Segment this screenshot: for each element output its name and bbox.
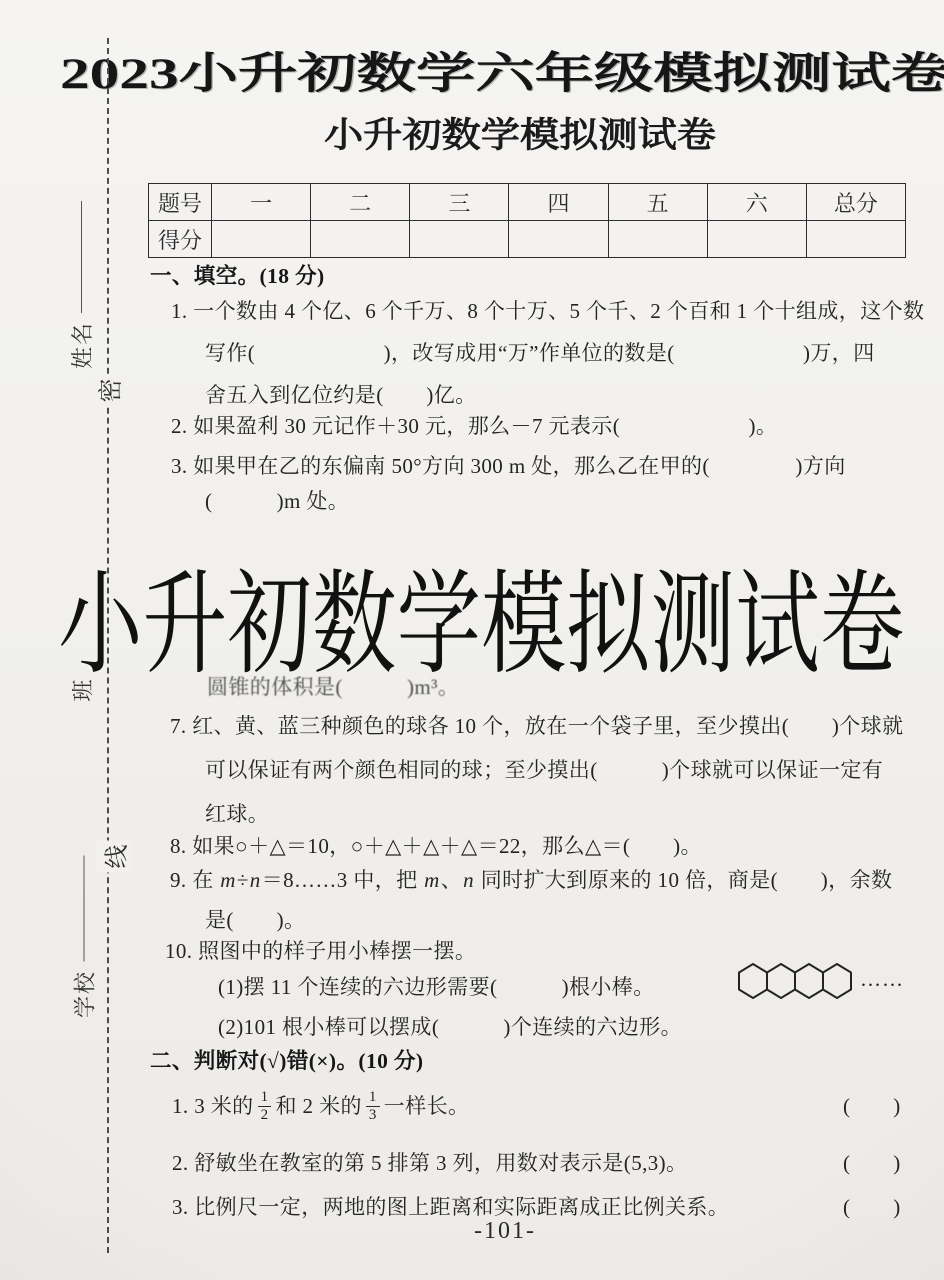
score-table-empty-cell <box>707 221 806 258</box>
score-table-empty-cell <box>608 221 707 258</box>
name-field-label: 姓名 <box>66 321 97 369</box>
judge-2-answer-blank: ( ) <box>843 1149 901 1177</box>
question-3-line-1: 3. 如果甲在乙的东偏南 50°方向 300 m 处，那么乙在甲的( )方向 <box>171 452 846 480</box>
score-table-header-row: 题号 一 二 三 四 五 六 总分 <box>149 184 906 221</box>
score-table-row-label: 得分 <box>149 221 212 258</box>
judge-1-text: 1. 3 米的 <box>172 1092 254 1120</box>
judge-1-text: 一样长。 <box>384 1092 470 1120</box>
score-table-cell: 二 <box>311 184 410 221</box>
question-9-text: ＝8……3 中，把 <box>262 868 424 892</box>
variable-n: n <box>462 868 475 892</box>
question-10-sub-1: (1)摆 11 个连续的六边形需要( )根小棒。 <box>218 973 655 1001</box>
seal-char-xian: 线 <box>96 841 133 873</box>
fraction-denominator: 2 <box>258 1107 272 1124</box>
fraction-denominator: 3 <box>366 1107 380 1124</box>
question-9-text: 、 <box>441 868 462 892</box>
judge-1-text: 和 2 米的 <box>275 1092 361 1120</box>
paper-title: 2023小升初数学六年级模拟测试卷 <box>0 40 944 101</box>
school-field-line <box>83 856 84 962</box>
division-sign: ÷ <box>237 868 249 892</box>
score-table-cell: 总分 <box>806 184 905 221</box>
question-9-line-1: 9. 在 m÷n＝8……3 中，把 m、n 同时扩大到原来的 10 倍，商是( … <box>170 866 892 894</box>
score-table-empty-cell <box>311 221 410 258</box>
question-1-line-2: 写作( )，改写成用“万”作单位的数是( )万，四 <box>205 339 875 367</box>
score-table-empty-cell <box>509 221 608 258</box>
score-table: 题号 一 二 三 四 五 六 总分 得分 <box>148 183 906 258</box>
score-table-cell: 六 <box>707 184 806 221</box>
score-table-cell: 题号 <box>149 184 212 221</box>
question-7-line-3: 红球。 <box>205 800 269 828</box>
score-table-empty-cell <box>212 221 311 258</box>
paper-subtitle: 小升初数学模拟测试卷 <box>55 108 944 158</box>
question-9-text: 同时扩大到原来的 10 倍，商是( )，余数 <box>475 868 892 892</box>
score-table-score-row: 得分 <box>149 221 906 258</box>
fraction-numerator: 1 <box>258 1089 272 1107</box>
score-table-cell: 三 <box>410 184 509 221</box>
question-2-line-1: 2. 如果盈利 30 元记作＋30 元，那么－7 元表示( )。 <box>171 412 777 440</box>
section-2-heading: 二、判断对(√)错(×)。(10 分) <box>150 1047 424 1075</box>
question-1-line-3: 舍五入到亿位约是( )亿。 <box>205 381 477 409</box>
school-field-label: 学校 <box>68 970 99 1018</box>
question-1-line-1: 1. 一个数由 4 个亿、6 个千万、8 个十万、5 个千、2 个百和 1 个十… <box>171 297 924 325</box>
question-10-sub-2: (2)101 根小棒可以摆成( )个连续的六边形。 <box>218 1013 682 1041</box>
judge-1-line: 1. 3 米的 1 2 和 2 米的 1 3 一样长。 <box>172 1082 469 1130</box>
question-3-line-2: ( )m 处。 <box>205 487 349 515</box>
question-9-text: 9. 在 <box>170 868 219 892</box>
variable-m: m <box>423 868 441 892</box>
hexagon-chain-drawing <box>738 960 856 1002</box>
score-table-cell: 一 <box>212 184 311 221</box>
page-number: -101- <box>90 1218 920 1245</box>
judge-2-line: 2. 舒敏坐在教室的第 5 排第 3 列，用数对表示是(5,3)。 <box>172 1149 687 1177</box>
school-field: 学校 <box>71 855 97 1020</box>
judge-3-answer-blank: ( ) <box>843 1193 901 1221</box>
score-table-cell: 四 <box>509 184 608 221</box>
section-1-heading: 一、填空。(18 分) <box>150 262 325 290</box>
name-field: 姓名 <box>68 200 94 370</box>
fraction-one-third: 1 3 <box>366 1089 380 1124</box>
watermark-text: 小升初数学模拟测试卷 <box>58 535 904 696</box>
question-8-line-1: 8. 如果○＋△＝10，○＋△＋△＋△＝22，那么△＝( )。 <box>170 832 702 860</box>
question-10-head: 10. 照图中的样子用小棒摆一摆。 <box>165 937 476 965</box>
ellipsis-dots: …… <box>860 967 904 992</box>
judge-3-line: 3. 比例尺一定，两地的图上距离和实际距离成正比例关系。 <box>172 1193 729 1221</box>
variable-n: n <box>249 868 262 892</box>
question-7-line-2: 可以保证有两个颜色相同的球；至少摸出( )个球就可以保证一定有 <box>205 756 883 784</box>
name-field-line <box>81 201 82 313</box>
question-7-line-1: 7. 红、黄、蓝三种颜色的球各 10 个，放在一个袋子里，至少摸出( )个球就 <box>170 712 903 740</box>
hexagon-figure: …… <box>738 960 904 1002</box>
question-9-line-2: 是( )。 <box>205 906 305 934</box>
fraction-one-half: 1 2 <box>258 1089 272 1124</box>
score-table-empty-cell <box>410 221 509 258</box>
exam-paper-page: 姓名 密 班 线 学校 2023小升初数学六年级模拟测试卷 小升初数学模拟测试卷… <box>0 0 944 1280</box>
fraction-numerator: 1 <box>366 1089 380 1107</box>
score-table-cell: 五 <box>608 184 707 221</box>
seal-char-mi: 密 <box>90 375 127 407</box>
variable-m: m <box>219 868 237 892</box>
score-table-empty-cell <box>806 221 905 258</box>
judge-1-answer-blank: ( ) <box>843 1092 901 1120</box>
